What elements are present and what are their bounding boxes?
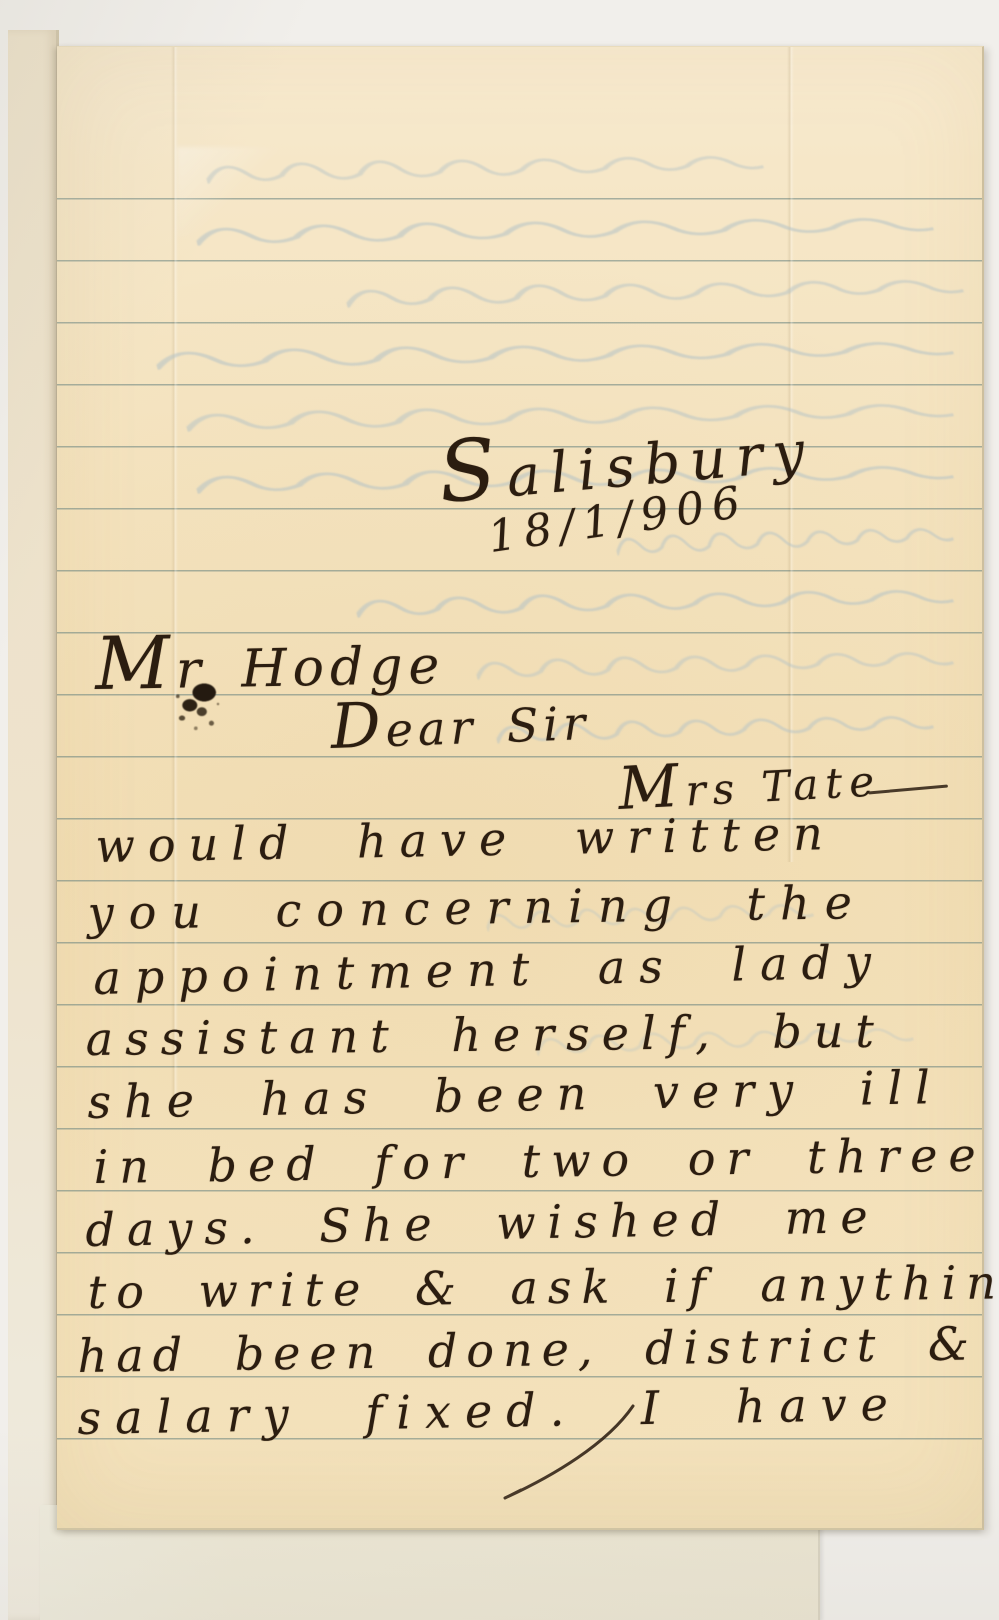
salutation-line: Dear Sir [329, 681, 591, 763]
bleedthrough-ghost-text [190, 214, 940, 256]
body-line: to write & ask if anything [87, 1255, 999, 1319]
bleedthrough-ghost-text [200, 152, 770, 194]
ink-blot [167, 672, 227, 736]
bleedthrough-ghost-text [340, 276, 970, 318]
facing-page-edge [8, 30, 59, 1620]
bleedthrough-ghost-text [150, 338, 960, 380]
body-line: you concerning the [87, 875, 867, 940]
pen-flourish-descender [495, 1400, 640, 1508]
body-line: assistant herself, but [85, 1004, 886, 1066]
scanned-letter: Salisbury 18/1/906 Mr Hodge Dear Sir Mrs… [0, 0, 999, 1620]
